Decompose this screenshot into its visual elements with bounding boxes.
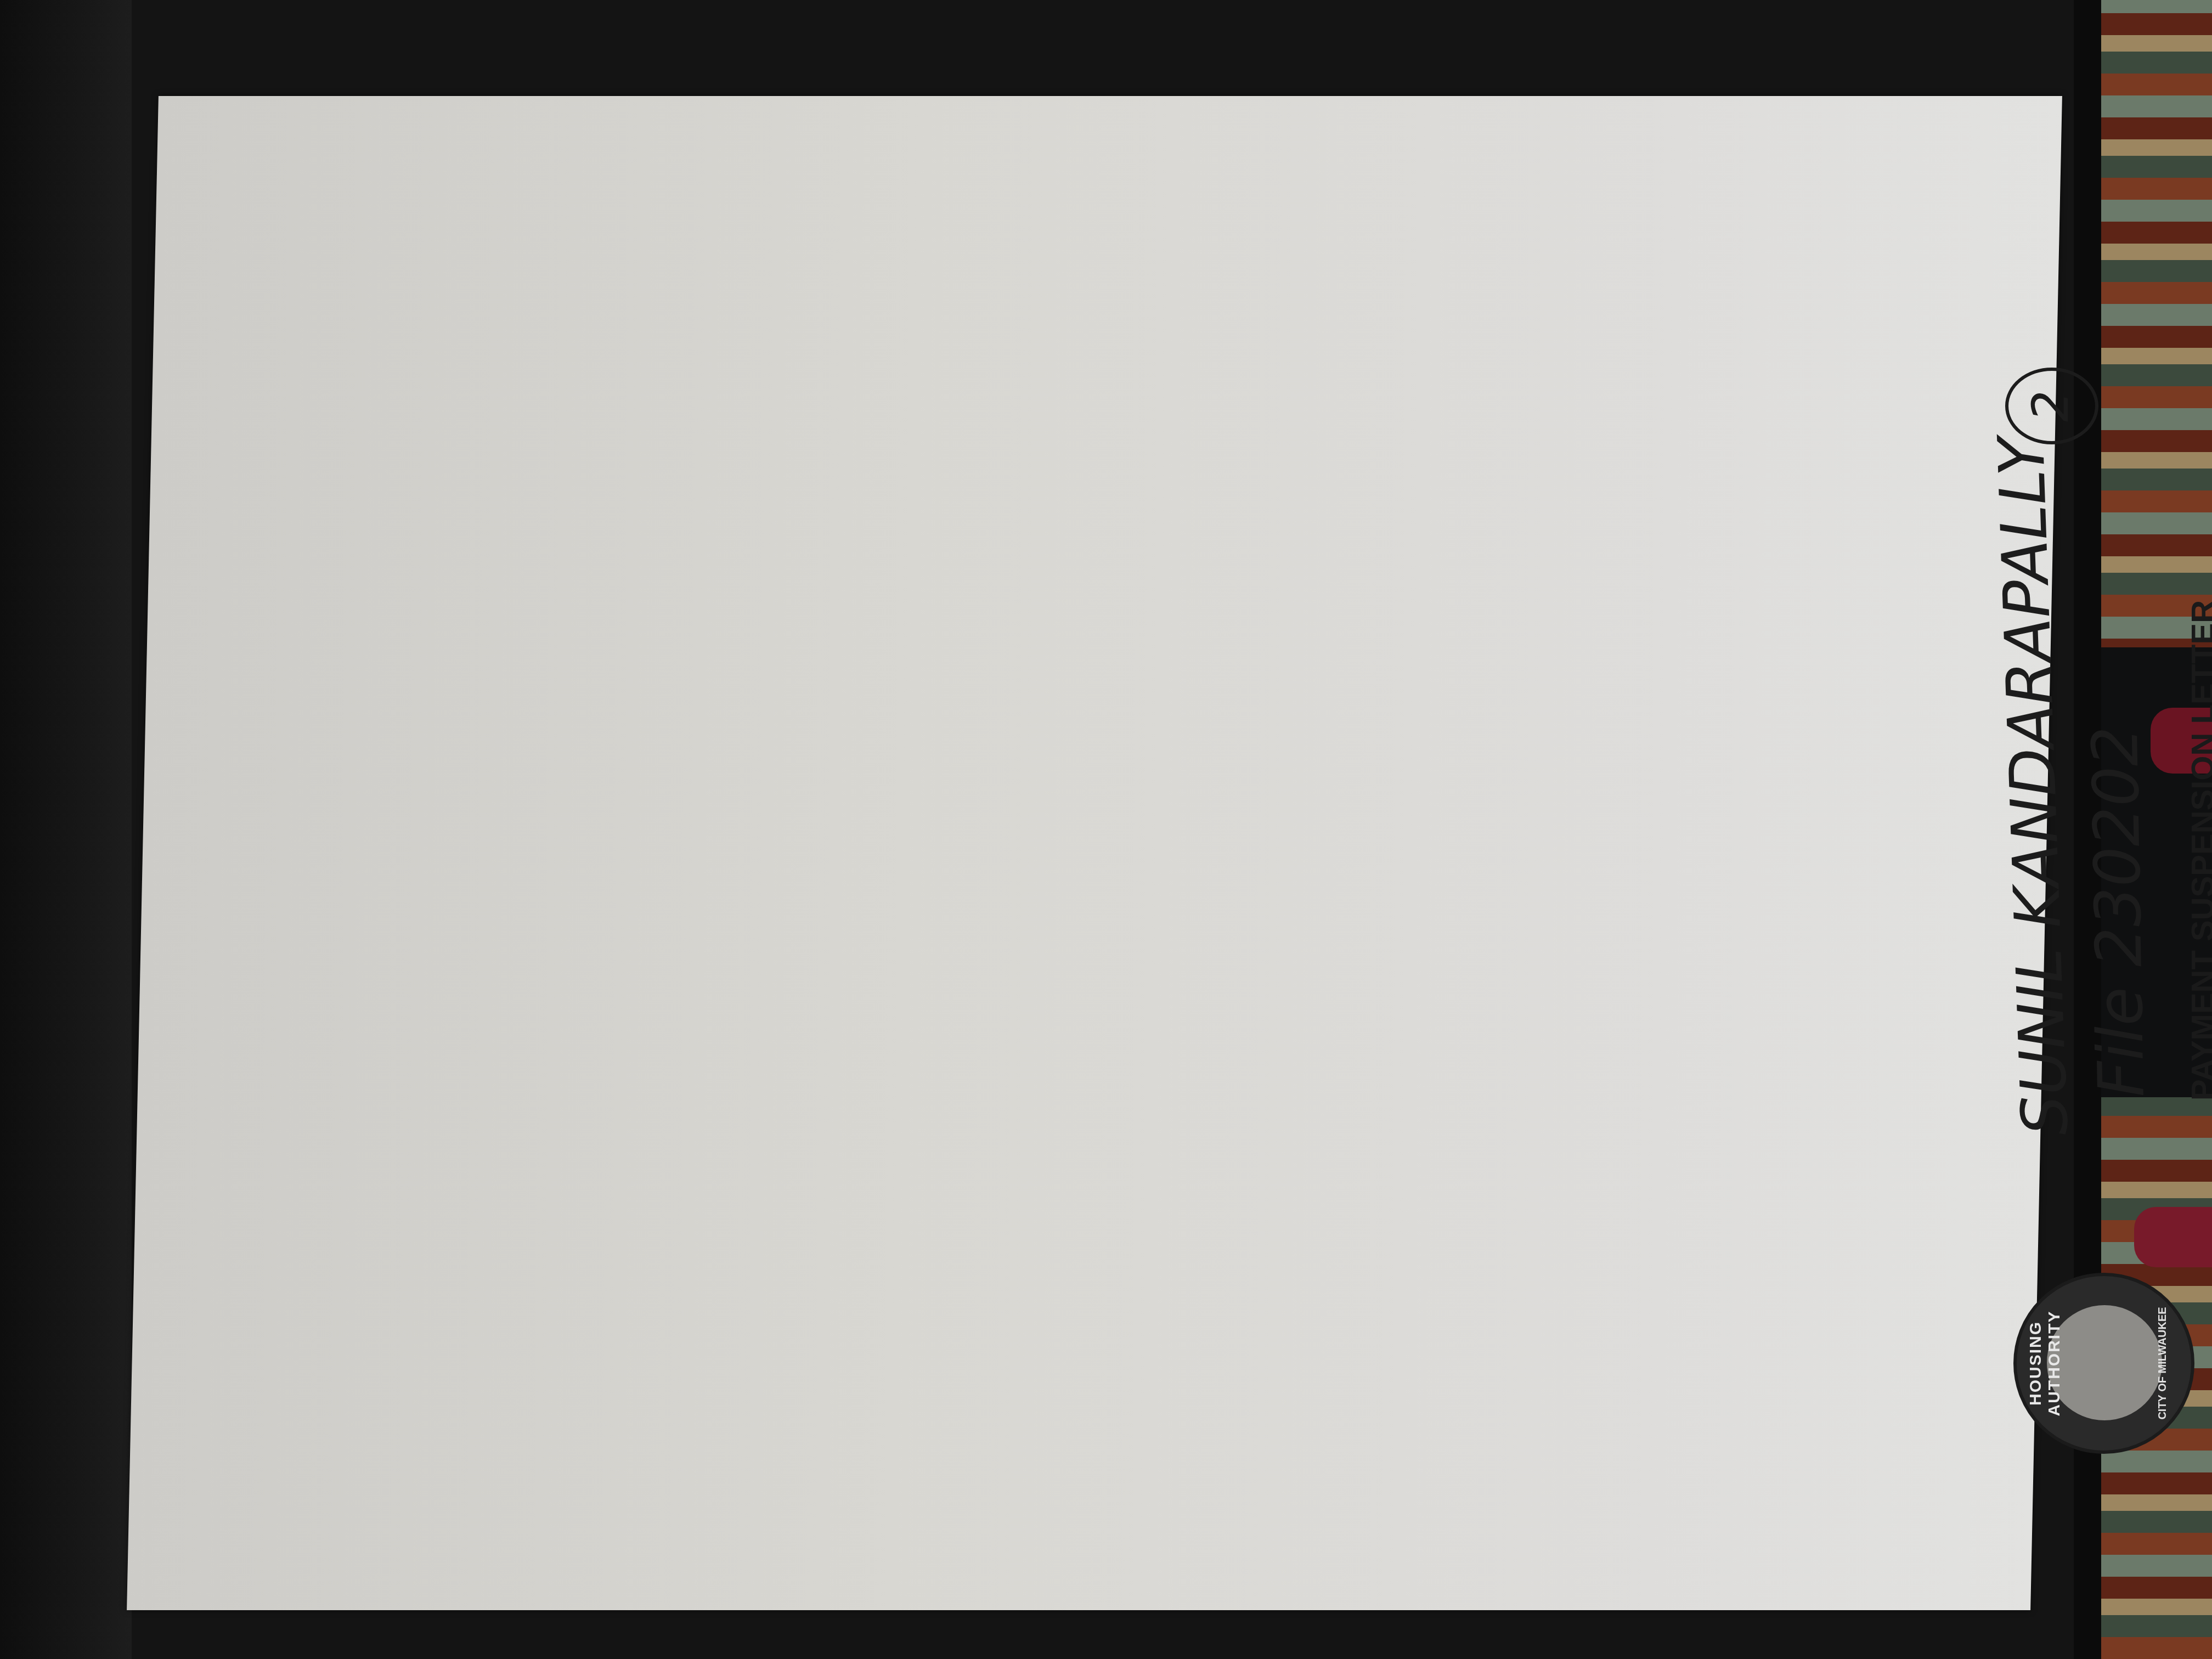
seal-bottom-text: CITY OF MILWAUKEE [2157,1276,2169,1451]
circled-page-number: 2 [2005,368,2098,444]
background-dark-surface [0,0,132,1659]
seal-top-text: HOUSING AUTHORITY [2027,1276,2064,1451]
seal-center [2047,1305,2162,1420]
handwritten-file-number: File 230202 [2079,726,2159,1098]
paper-sheet [127,96,2062,1610]
title-line-1: PAYMENT SUSPENSION LETTER [2183,494,2212,1207]
housing-authority-seal-icon: HOUSING AUTHORITY CITY OF MILWAUKEE [2013,1273,2194,1454]
letter-document: HOUSING AUTHORITY CITY OF MILWAUKEE SUNI… [1986,110,2212,1591]
letter-title: PAYMENT SUSPENSION LETTER COMPLAINT INSP… [2183,494,2212,1207]
handwritten-name: SUNIL KANDARAPALLY [1985,436,2083,1137]
